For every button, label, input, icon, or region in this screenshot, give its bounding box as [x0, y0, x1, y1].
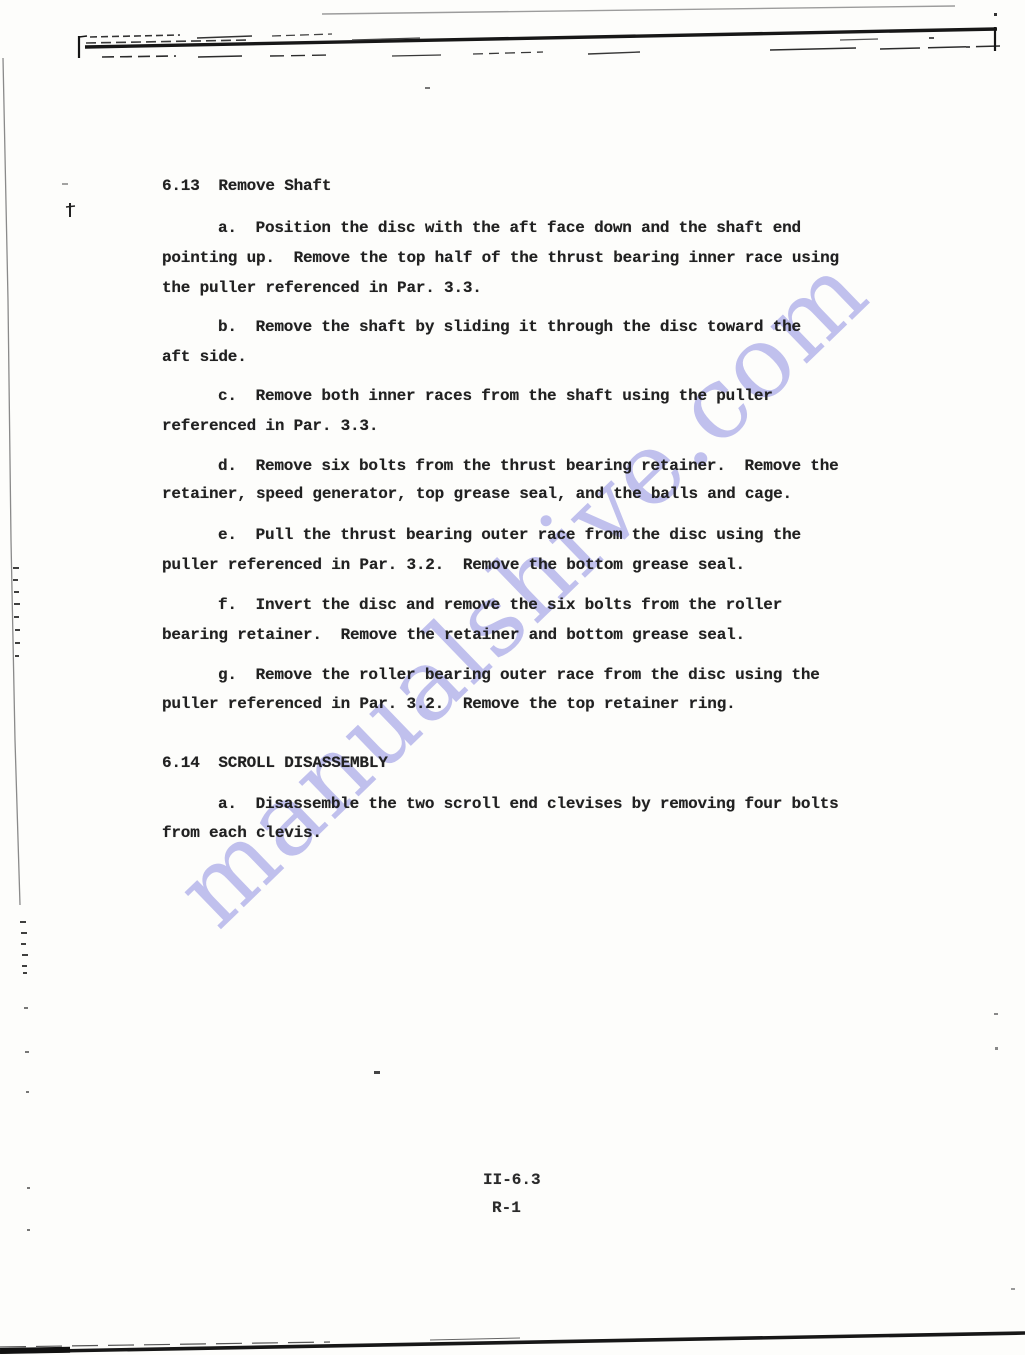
item-e-line-1: e. Pull the thrust bearing outer race fr… — [218, 525, 801, 545]
section-6-14-item-a-line-2: from each clevis. — [162, 823, 322, 843]
item-d-line-1: d. Remove six bolts from the thrust bear… — [218, 456, 839, 476]
section-6-13-heading: 6.13 Remove Shaft — [162, 176, 331, 196]
item-a-line-1: a. Position the disc with the aft face d… — [218, 218, 801, 238]
footer-revision: R-1 — [492, 1198, 521, 1218]
document-text-layer: 6.13 Remove Shaft a. Position the disc w… — [0, 0, 1025, 1355]
item-c-line-1: c. Remove both inner races from the shaf… — [218, 386, 773, 406]
item-b-line-1: b. Remove the shaft by sliding it throug… — [218, 317, 801, 337]
item-f-line-1: f. Invert the disc and remove the six bo… — [218, 595, 782, 615]
section-6-14-item-a-line-1: a. Disassemble the two scroll end clevis… — [218, 794, 839, 814]
item-f-line-2: bearing retainer. Remove the retainer an… — [162, 625, 745, 645]
section-6-14-heading: 6.14 SCROLL DISASSEMBLY — [162, 753, 388, 773]
item-c-line-2: referenced in Par. 3.3. — [162, 416, 378, 436]
item-a-line-3: the puller referenced in Par. 3.3. — [162, 278, 482, 298]
item-e-line-2: puller referenced in Par. 3.2. Remove th… — [162, 555, 745, 575]
footer-page-number: II-6.3 — [483, 1170, 541, 1190]
scanned-manual-page: manualshive.com 6.13 Remove Shaft a. Pos… — [0, 0, 1025, 1355]
item-g-line-1: g. Remove the roller bearing outer race … — [218, 665, 820, 685]
item-b-line-2: aft side. — [162, 347, 247, 367]
item-g-line-2: puller referenced in Par. 3.2. Remove th… — [162, 694, 736, 714]
item-a-line-2: pointing up. Remove the top half of the … — [162, 248, 839, 268]
item-d-line-2: retainer, speed generator, top grease se… — [162, 484, 792, 504]
